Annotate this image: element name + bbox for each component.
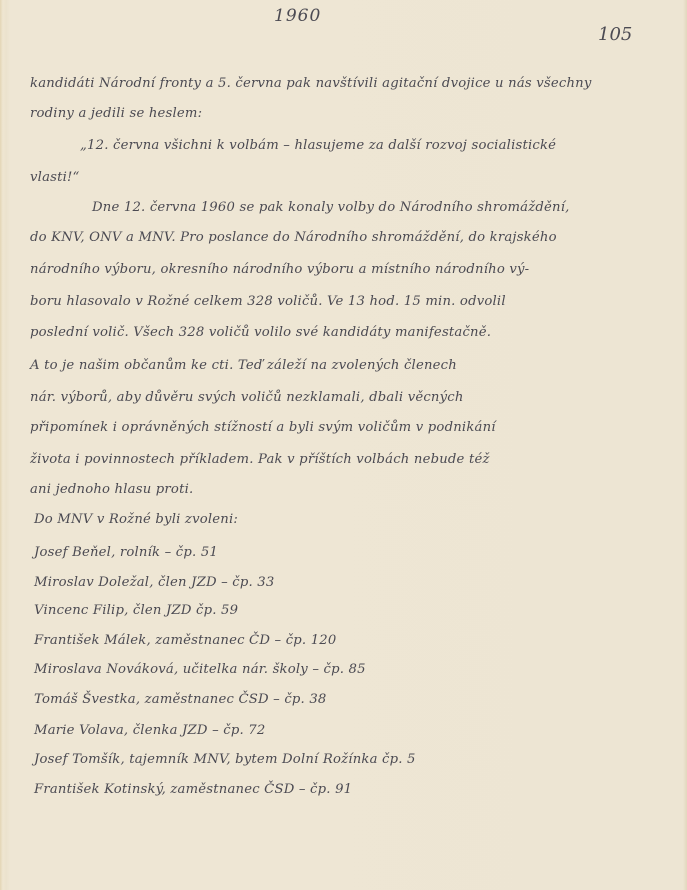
- text-line: připomínek i oprávněných stížností a byl…: [30, 420, 496, 435]
- text-line: A to je našim občanům ke cti. Teď záleží…: [30, 358, 457, 373]
- text-line: „12. června všichni k volbám – hlasujeme…: [80, 138, 556, 153]
- text-line: do KNV, ONV a MNV. Pro poslance do Národ…: [30, 230, 557, 245]
- text-line: života i povinnostech příkladem. Pak v p…: [30, 452, 490, 467]
- text-line: ani jednoho hlasu proti.: [30, 482, 193, 497]
- page-number: 105: [598, 24, 632, 45]
- list-item: Miroslava Nováková, učitelka nár. školy …: [34, 662, 366, 677]
- text-line: poslední volič. Všech 328 voličů volilo …: [30, 325, 491, 340]
- page-edge: [683, 0, 687, 890]
- text-line: rodiny a jedili se heslem:: [30, 106, 202, 121]
- list-item: Josef Beňel, rolník – čp. 51: [34, 545, 218, 560]
- list-item: Marie Volava, členka JZD – čp. 72: [34, 723, 265, 738]
- text-line: vlasti!“: [30, 170, 79, 185]
- list-item: Miroslav Doležal, člen JZD – čp. 33: [34, 575, 275, 590]
- document-page: 1960 105 kandidáti Národní fronty a 5. č…: [0, 0, 687, 890]
- text-line: kandidáti Národní fronty a 5. června pak…: [30, 76, 592, 91]
- list-item: František Kotinský, zaměstnanec ČSD – čp…: [34, 782, 352, 797]
- list-item: Tomáš Švestka, zaměstnanec ČSD – čp. 38: [34, 692, 327, 707]
- list-heading: Do MNV v Rožné byli zvoleni:: [34, 512, 238, 527]
- list-item: Josef Tomšík, tajemník MNV, bytem Dolní …: [34, 752, 416, 767]
- list-item: František Málek, zaměstnanec ČD – čp. 12…: [34, 633, 337, 648]
- text-line: národního výboru, okresního národního vý…: [30, 262, 529, 277]
- year-header: 1960: [274, 6, 321, 26]
- text-line: Dne 12. června 1960 se pak konaly volby …: [92, 200, 570, 215]
- text-line: nár. výborů, aby důvěru svých voličů nez…: [30, 390, 464, 405]
- list-item: Vincenc Filip, člen JZD čp. 59: [34, 603, 238, 618]
- text-line: boru hlasovalo v Rožné celkem 328 voličů…: [30, 294, 506, 309]
